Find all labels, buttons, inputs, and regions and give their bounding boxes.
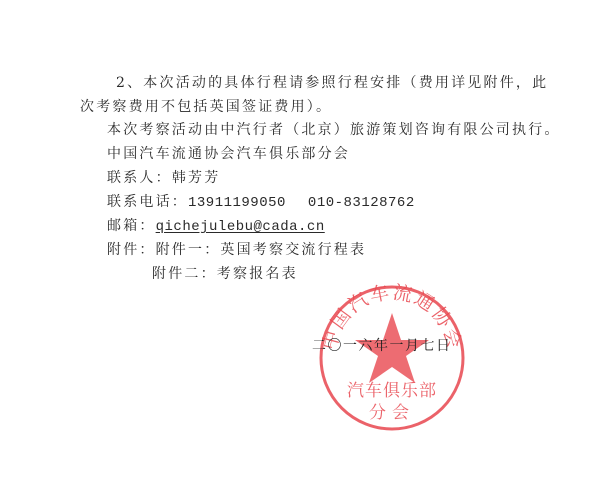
attachment-item-1: 附件一：英国考察交流行程表 (156, 242, 367, 258)
attachments-label: 附件： (107, 242, 156, 258)
contact-person-label: 联系人： (107, 170, 172, 186)
paragraph-executor: 本次考察活动由中汽行者（北京）旅游策划咨询有限公司执行。 (107, 121, 561, 139)
contact-person-value: 韩芳芳 (172, 170, 221, 186)
contact-person: 联系人：韩芳芳 (107, 169, 220, 187)
organizer-name: 中国汽车流通协会汽车俱乐部分会 (107, 145, 350, 163)
attachment-item-2: 附件二：考察报名表 (152, 265, 298, 283)
document-date: 二〇一六年一月七日 (312, 335, 452, 355)
contact-phone-label: 联系电话： (107, 194, 188, 210)
contact-phone: 联系电话：13911199050010-83128762 (107, 193, 415, 212)
svg-text:分会: 分会 (369, 403, 415, 423)
contact-email-label: 邮箱： (107, 218, 156, 234)
contact-email-link[interactable]: qichejulebu@cada.cn (156, 219, 325, 235)
official-seal-stamp: 中国汽车流通协会 汽车俱乐部 分会 (317, 283, 467, 433)
contact-phone-landline: 010-83128762 (308, 195, 415, 211)
contact-email: 邮箱：qichejulebu@cada.cn (107, 217, 325, 236)
paragraph-itinerary: 2、本次活动的具体行程请参照行程安排（费用详见附件，此 (116, 74, 548, 92)
contact-phone-mobile: 13911199050 (188, 195, 286, 211)
svg-text:汽车俱乐部: 汽车俱乐部 (347, 381, 437, 401)
paragraph-itinerary-cont: 次考察费用不包括英国签证费用）。 (80, 98, 332, 116)
attachments: 附件：附件一：英国考察交流行程表 (107, 241, 366, 259)
